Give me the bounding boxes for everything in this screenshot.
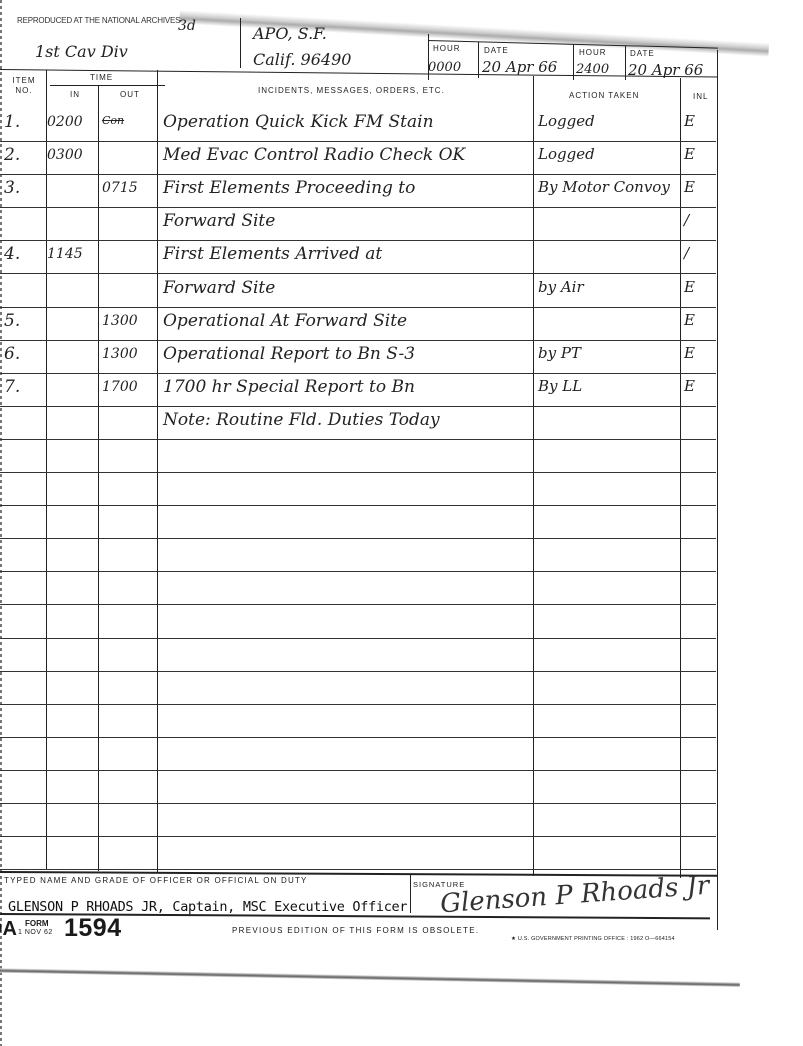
cell-inl: E (684, 278, 714, 311)
cell-action: by PT (538, 344, 680, 377)
cell-item: 4. (4, 244, 44, 277)
cell-action (538, 840, 680, 873)
table-row: 3.0715First Elements Proceeding toBy Mot… (0, 174, 716, 208)
cell-inl (684, 675, 714, 708)
cell-item (4, 211, 44, 244)
cell-action (538, 642, 680, 675)
cell-item (4, 443, 44, 476)
table-row (0, 704, 716, 738)
time-in-header: IN (70, 90, 80, 99)
cell-inl: E (684, 344, 714, 377)
cell-inl: E (684, 178, 714, 211)
cell-action: Logged (538, 112, 680, 145)
cell-incident: Note: Routine Fld. Duties Today (163, 410, 533, 443)
page-curl-shadow (0, 968, 740, 987)
cell-action (538, 708, 680, 741)
from-date-label: DATE (484, 46, 509, 55)
cell-incident (163, 542, 533, 575)
cell-item (4, 675, 44, 708)
time-out-header: OUT (120, 90, 140, 99)
table-row: 1.0200ConOperation Quick Kick FM StainLo… (0, 108, 716, 142)
cell-action: by Air (538, 278, 680, 311)
divider (410, 875, 411, 913)
cell-inl (684, 609, 714, 642)
cell-item: 1. (4, 112, 44, 145)
form-number: 1594 (64, 914, 122, 943)
table-row: 6.1300Operational Report to Bn S-3by PTE (0, 340, 716, 374)
cell-inl (684, 741, 714, 774)
inl-header: INL (693, 92, 708, 101)
cell-item (4, 840, 44, 873)
cell-incident: Forward Site (163, 211, 533, 244)
cell-action (538, 807, 680, 840)
table-row: Forward Site/ (0, 207, 716, 241)
cell-item: 3. (4, 178, 44, 211)
corner-mark: 3d (178, 18, 196, 34)
cell-item (4, 410, 44, 443)
cell-inl (684, 509, 714, 542)
cell-inl (684, 575, 714, 608)
cell-incident: 1700 hr Special Report to Bn (163, 377, 533, 410)
cell-inl: E (684, 112, 714, 145)
table-row (0, 505, 716, 539)
cell-incident (163, 708, 533, 741)
from-hour-label: HOUR (433, 44, 461, 53)
location-line-1: APO, S.F. (253, 24, 327, 43)
to-hour-label: HOUR (579, 48, 607, 57)
cell-incident (163, 509, 533, 542)
cell-action (538, 774, 680, 807)
cell-in (47, 842, 97, 875)
form-word: FORM (25, 919, 49, 928)
cell-action (538, 509, 680, 542)
cell-action (538, 211, 680, 244)
cell-action: By Motor Convoy (538, 178, 680, 211)
cell-incident (163, 476, 533, 509)
cell-item: 5. (4, 311, 44, 344)
archive-stamp: REPRODUCED AT THE NATIONAL ARCHIVES (17, 16, 180, 25)
cell-incident (163, 741, 533, 774)
cell-item: 2. (4, 145, 44, 178)
cell-inl (684, 642, 714, 675)
table-right-border (717, 50, 718, 930)
cell-incident (163, 609, 533, 642)
cell-inl (684, 807, 714, 840)
cell-item (4, 609, 44, 642)
divider (240, 18, 241, 68)
previous-edition-note: PREVIOUS EDITION OF THIS FORM IS OBSOLET… (232, 926, 479, 935)
cell-inl: E (684, 145, 714, 178)
cell-inl: E (684, 311, 714, 344)
cell-item (4, 575, 44, 608)
table-row (0, 836, 716, 870)
cell-inl (684, 840, 714, 873)
cell-item: 6. (4, 344, 44, 377)
cell-item: 7. (4, 377, 44, 410)
cell-action (538, 675, 680, 708)
cell-incident (163, 642, 533, 675)
cell-incident (163, 575, 533, 608)
table-row (0, 439, 716, 473)
signature: Glenson P Rhoads Jr (439, 871, 710, 920)
cell-inl: / (684, 244, 714, 277)
table-row (0, 472, 716, 506)
cell-incident (163, 774, 533, 807)
cell-incident (163, 807, 533, 840)
cell-out (102, 842, 156, 875)
form-prefix: DA (0, 918, 17, 941)
cell-action: Logged (538, 145, 680, 178)
divider (478, 42, 479, 78)
cell-incident: Med Evac Control Radio Check OK (163, 145, 533, 178)
incidents-header: INCIDENTS, MESSAGES, ORDERS, ETC. (258, 86, 445, 95)
officer-label: TYPED NAME AND GRADE OF OFFICER OR OFFIC… (4, 876, 308, 885)
cell-item (4, 774, 44, 807)
cell-action (538, 476, 680, 509)
cell-incident (163, 840, 533, 873)
unit-name: 1st Cav Div (35, 42, 128, 61)
cell-action (538, 410, 680, 443)
table-row (0, 737, 716, 771)
cell-action (538, 542, 680, 575)
table-row: Note: Routine Fld. Duties Today (0, 406, 716, 440)
cell-incident: First Elements Arrived at (163, 244, 533, 277)
cell-inl (684, 410, 714, 443)
table-row (0, 671, 716, 705)
cell-incident (163, 443, 533, 476)
cell-inl (684, 443, 714, 476)
cell-item (4, 542, 44, 575)
cell-action (538, 609, 680, 642)
cell-action (538, 244, 680, 277)
cell-item (4, 741, 44, 774)
cell-item (4, 708, 44, 741)
action-taken-header: ACTION TAKEN (569, 91, 639, 100)
cell-action (538, 741, 680, 774)
cell-action (538, 311, 680, 344)
cell-incident: Operational At Forward Site (163, 311, 533, 344)
cell-incident (163, 675, 533, 708)
form-date: 1 NOV 62 (18, 929, 53, 936)
location-line-2: Calif. 96490 (253, 50, 351, 69)
cell-incident: Operation Quick Kick FM Stain (163, 112, 533, 145)
table-row (0, 803, 716, 837)
cell-inl (684, 774, 714, 807)
cell-item (4, 807, 44, 840)
table-row (0, 571, 716, 605)
table-row (0, 770, 716, 804)
table-row: Forward Siteby AirE (0, 274, 716, 308)
journal-page: REPRODUCED AT THE NATIONAL ARCHIVES 3d 1… (0, 0, 803, 1046)
time-header: TIME (90, 73, 113, 82)
cell-item (4, 278, 44, 311)
table-row (0, 605, 716, 639)
cell-action: By LL (538, 377, 680, 410)
cell-action (538, 575, 680, 608)
cell-inl (684, 542, 714, 575)
cell-inl (684, 708, 714, 741)
item-no-header: ITEM NO. (12, 76, 36, 96)
cell-inl: E (684, 377, 714, 410)
gpo-imprint: ★ U.S. GOVERNMENT PRINTING OFFICE : 1962… (511, 936, 675, 942)
table-row: 2.0300Med Evac Control Radio Check OKLog… (0, 141, 716, 175)
cell-item (4, 642, 44, 675)
cell-action (538, 443, 680, 476)
cell-inl (684, 476, 714, 509)
table-row (0, 638, 716, 672)
cell-incident: Operational Report to Bn S-3 (163, 344, 533, 377)
table-row (0, 538, 716, 572)
table-row: 7.17001700 hr Special Report to BnBy LLE (0, 373, 716, 407)
cell-item (4, 476, 44, 509)
cell-item (4, 509, 44, 542)
divider (50, 85, 165, 86)
table-row: 5.1300Operational At Forward SiteE (0, 307, 716, 341)
cell-incident: Forward Site (163, 278, 533, 311)
cell-incident: First Elements Proceeding to (163, 178, 533, 211)
table-row: 4.1145First Elements Arrived at/ (0, 240, 716, 274)
cell-inl: / (684, 211, 714, 244)
to-date-label: DATE (630, 49, 655, 58)
